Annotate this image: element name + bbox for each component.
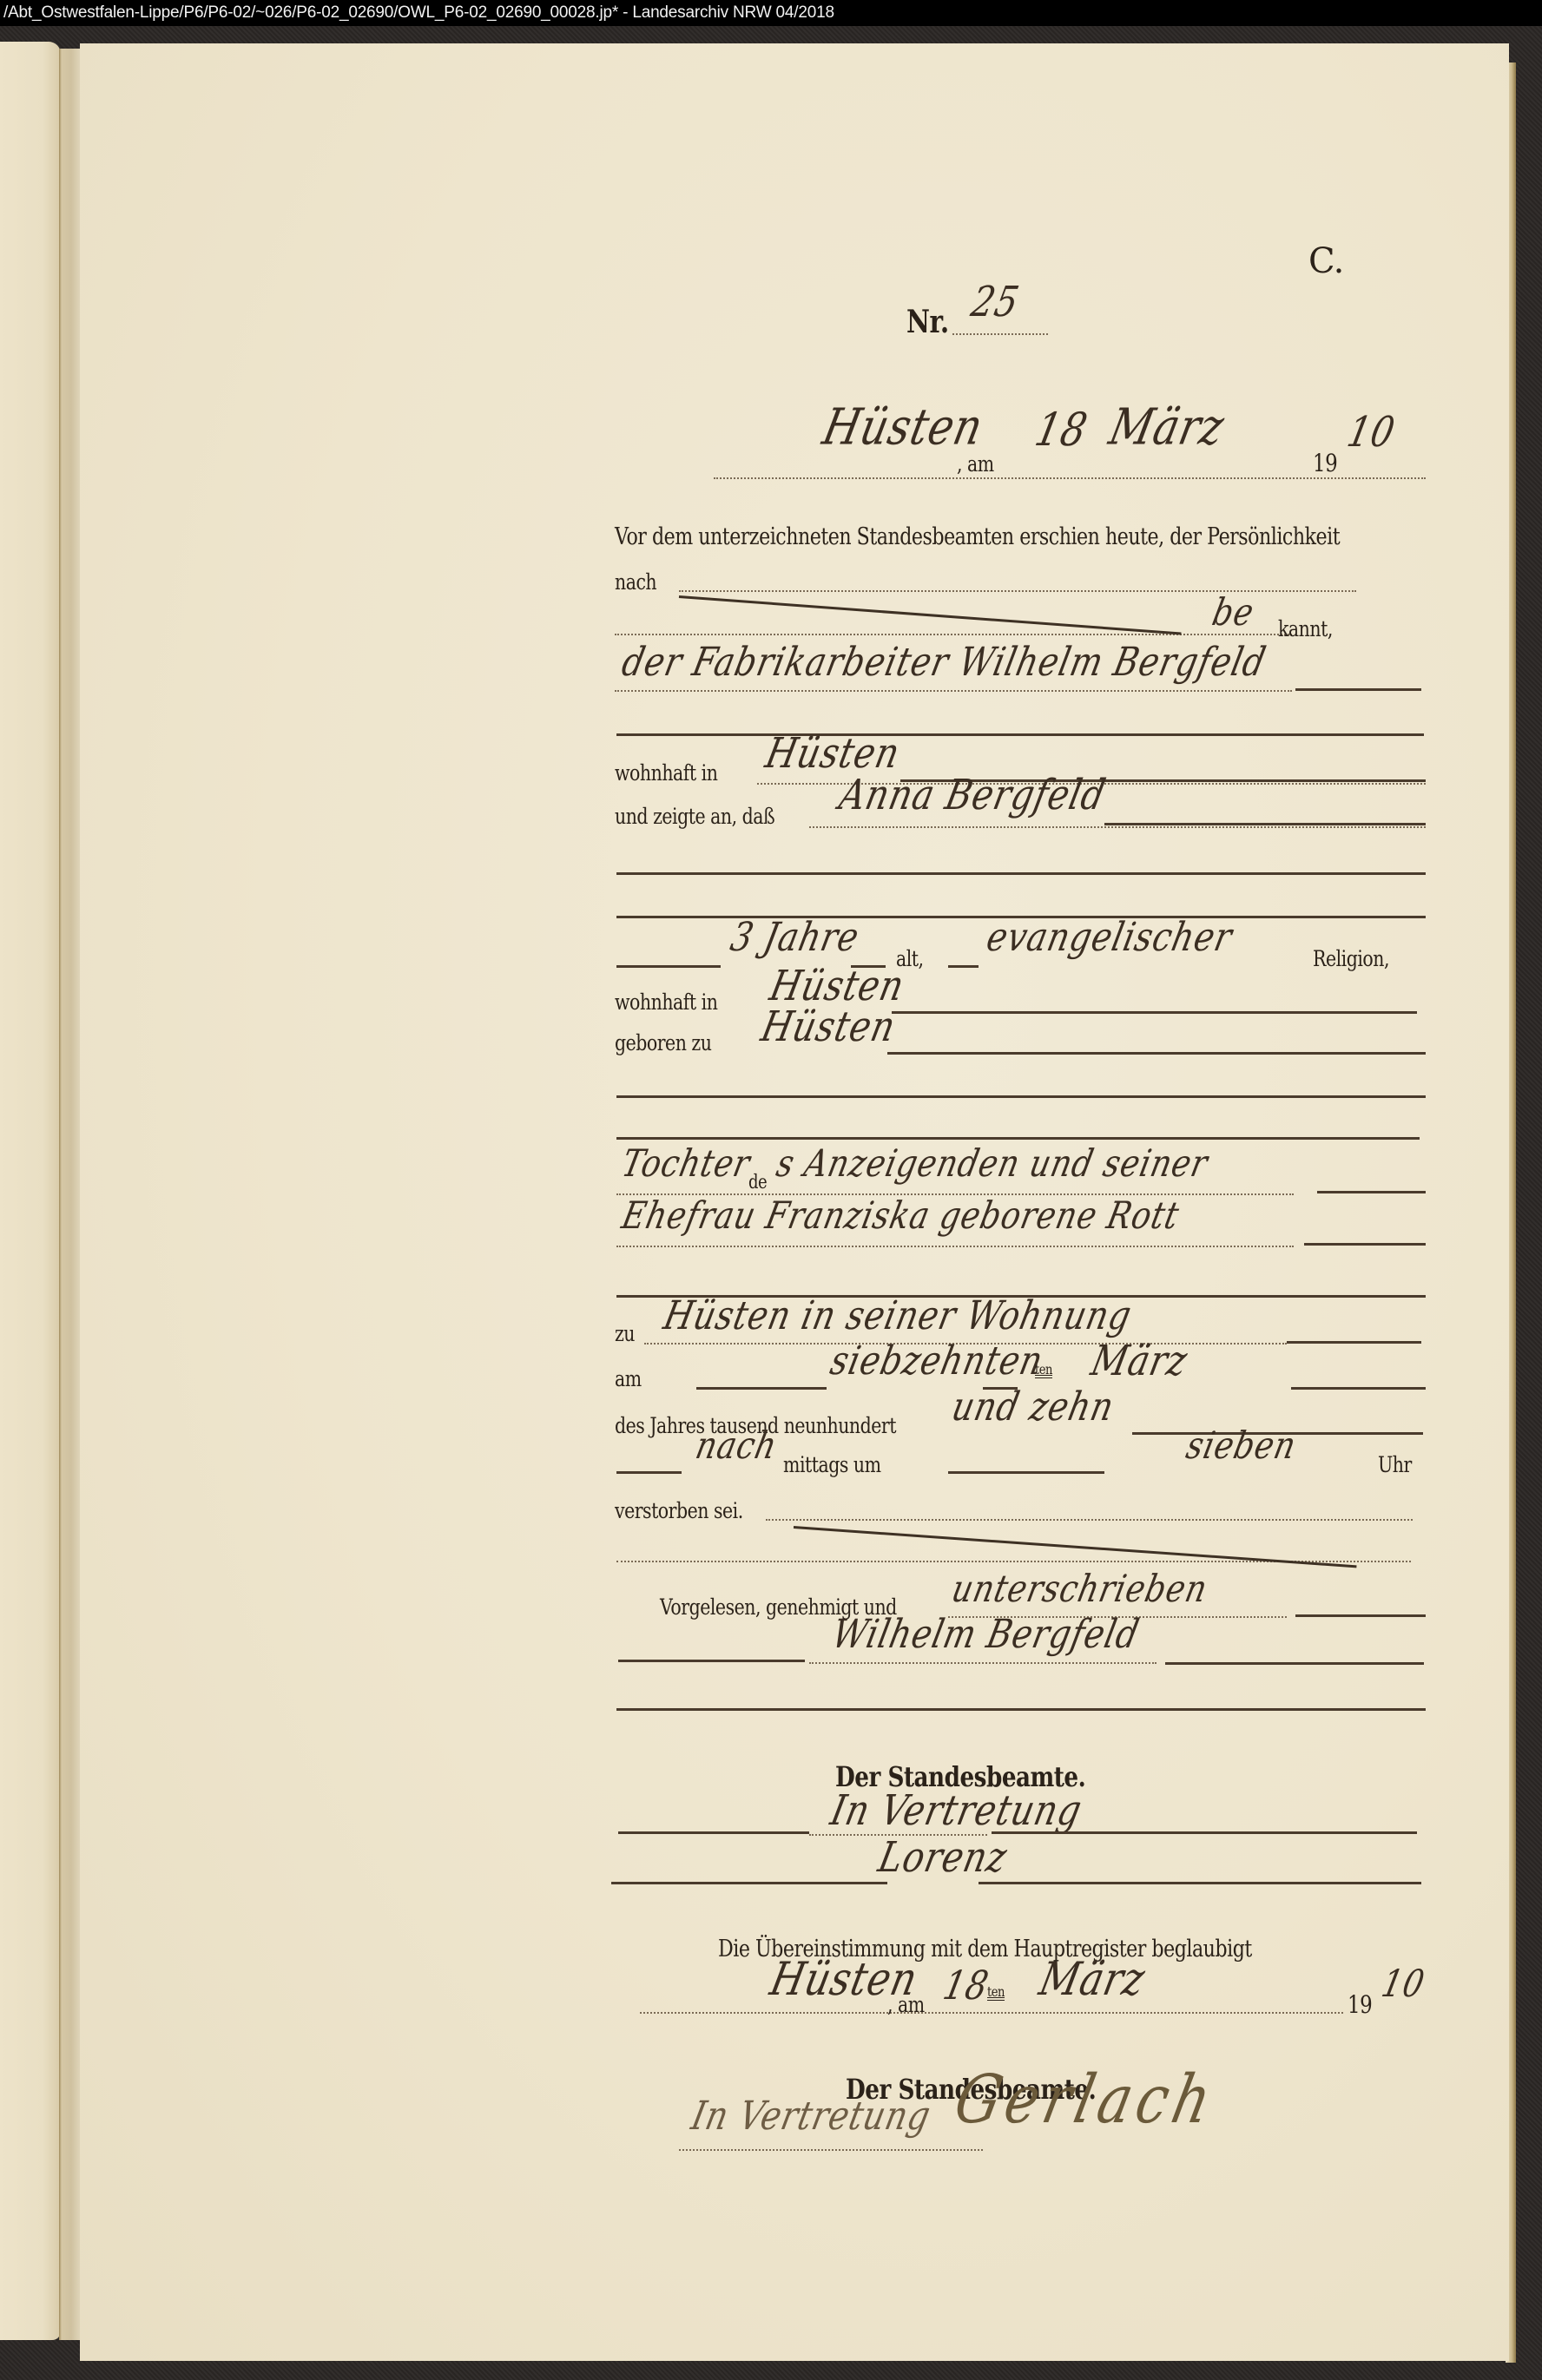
header-year-suffix: 10 bbox=[1343, 409, 1400, 457]
relation-mother: Ehefrau Franziska geborene Rott bbox=[618, 1195, 1183, 1238]
deceased-name-rule bbox=[1104, 823, 1426, 825]
relation-rule-2 bbox=[1304, 1243, 1426, 1246]
religion-label: Religion, bbox=[1313, 946, 1389, 971]
header-place: Hüsten bbox=[818, 398, 988, 457]
cert-year-prefix: 19 bbox=[1348, 1990, 1372, 2019]
death-hour: sieben bbox=[1183, 1425, 1300, 1468]
cert-ten-label: ten bbox=[987, 1983, 1005, 2000]
cert-signature-line bbox=[679, 2149, 983, 2151]
informant-residence-label: wohnhaft in bbox=[615, 760, 717, 786]
left-page-edge bbox=[0, 42, 61, 2340]
informant-signature: Wilhelm Bergfeld bbox=[828, 1611, 1143, 1657]
informant-fill-rule bbox=[1295, 688, 1421, 691]
bekannt-prefix-hand: be bbox=[1209, 592, 1258, 634]
religion-lead-rule bbox=[948, 965, 979, 968]
deceased-age: 3 Jahre bbox=[727, 914, 864, 960]
signature-tail-rule bbox=[1165, 1662, 1424, 1665]
hour-lead-rule bbox=[948, 1471, 1104, 1474]
death-place-rule bbox=[1287, 1341, 1421, 1344]
header-day: 18 bbox=[1031, 404, 1092, 457]
cert-year-suffix: 10 bbox=[1378, 1963, 1428, 2006]
deceased-residence-rule bbox=[892, 1011, 1417, 1014]
relation-daughter: Tochter bbox=[618, 1143, 755, 1186]
death-day-lead-rule bbox=[696, 1387, 827, 1390]
header-year-prefix: 19 bbox=[1313, 449, 1337, 477]
window-title-bar: /Abt_Ostwestfalen-Lippe/P6/P6-02/~026/P6… bbox=[0, 0, 1542, 26]
death-year: und zehn bbox=[948, 1384, 1118, 1430]
bekannt-field-line bbox=[615, 634, 1292, 635]
death-place-label: zu bbox=[615, 1321, 635, 1346]
time-lead-rule bbox=[616, 1471, 682, 1474]
born-place: Hüsten bbox=[757, 1003, 899, 1051]
header-date-line bbox=[714, 477, 1426, 479]
cancel-stroke-nach bbox=[679, 595, 1182, 634]
uhr-label: Uhr bbox=[1378, 1452, 1412, 1477]
verstorben-label: verstorben sei. bbox=[615, 1498, 743, 1523]
deceased-religion: evangelischer bbox=[983, 914, 1236, 960]
verstorben-line-1 bbox=[766, 1519, 1413, 1521]
born-label: geboren zu bbox=[615, 1030, 711, 1055]
born-rule bbox=[887, 1052, 1426, 1055]
death-day: siebzehnten bbox=[827, 1338, 1047, 1384]
relation-des-label: de bbox=[748, 1172, 767, 1193]
header-month: März bbox=[1104, 398, 1229, 457]
intro-line: Vor dem unterzeichneten Standesbeamten e… bbox=[615, 523, 1340, 550]
relation-rule-1 bbox=[1317, 1191, 1426, 1193]
bekannt-label: kannt, bbox=[1278, 616, 1333, 641]
ruled-line-4 bbox=[616, 1095, 1426, 1098]
death-month: März bbox=[1087, 1338, 1192, 1385]
ruled-line-1 bbox=[616, 733, 1424, 736]
registrar-deputy-tail-rule bbox=[992, 1831, 1417, 1834]
cert-date-line bbox=[640, 2012, 1343, 2014]
death-month-rule bbox=[1291, 1387, 1426, 1390]
read-approved-rule bbox=[1295, 1614, 1426, 1617]
death-place: Hüsten in seiner Wohnung bbox=[660, 1292, 1136, 1338]
cert-day: 18 bbox=[939, 1963, 993, 2009]
time-prefix: nach bbox=[692, 1425, 781, 1468]
cert-month: März bbox=[1035, 1953, 1150, 2006]
ruled-line-7 bbox=[616, 1708, 1426, 1711]
cert-signature: Gerlach bbox=[948, 2061, 1222, 2139]
ruled-line-2 bbox=[616, 872, 1426, 875]
signature-line bbox=[809, 1662, 1156, 1664]
registrar-name: Lorenz bbox=[874, 1834, 1012, 1882]
mittags-label: mittags um bbox=[783, 1452, 881, 1477]
record-number-value: 25 bbox=[967, 279, 1024, 326]
registrar-deputy: In Vertretung bbox=[827, 1787, 1086, 1835]
registrar-deputy-lead-rule bbox=[618, 1831, 809, 1834]
deceased-name: Anna Bergfeld bbox=[835, 772, 1110, 819]
informant-line bbox=[615, 690, 1292, 692]
window-title: /Abt_Ostwestfalen-Lippe/P6/P6-02/~026/P6… bbox=[3, 3, 834, 22]
read-approved-value: unterschrieben bbox=[948, 1568, 1211, 1611]
form-letter: C. bbox=[1308, 241, 1344, 281]
death-ten-label: ten bbox=[1035, 1361, 1052, 1377]
header-am-label: , am bbox=[957, 451, 994, 477]
nach-label: nach bbox=[615, 569, 656, 595]
age-lead-rule bbox=[616, 965, 721, 968]
informant-name: der Fabrikarbeiter Wilhelm Bergfeld bbox=[618, 639, 1270, 685]
registrar-name-tail-rule bbox=[979, 1882, 1421, 1884]
record-number-field-line bbox=[952, 333, 1048, 335]
cert-deputy: In Vertretung bbox=[688, 2093, 935, 2139]
informant-residence: Hüsten bbox=[761, 730, 904, 778]
ruled-line-5 bbox=[616, 1137, 1420, 1140]
relation-line-2 bbox=[616, 1246, 1294, 1247]
registrar-name-lead-rule bbox=[611, 1882, 887, 1884]
cert-am-label: , am bbox=[887, 1992, 925, 2017]
death-am-label: am bbox=[615, 1366, 642, 1391]
record-number-label: Nr. bbox=[906, 304, 949, 340]
deceased-residence-label: wohnhaft in bbox=[615, 989, 717, 1015]
deceased-name-line bbox=[809, 826, 1426, 828]
relation-informant: s Anzeigenden und seiner bbox=[773, 1143, 1212, 1186]
register-page: C. Nr. 25 Hüsten , am 18 März 19 10 Vor … bbox=[80, 43, 1509, 2361]
book-gutter bbox=[59, 49, 82, 2340]
zeigte-an-label: und zeigte an, daß bbox=[615, 804, 774, 829]
signature-lead-rule bbox=[618, 1660, 805, 1662]
